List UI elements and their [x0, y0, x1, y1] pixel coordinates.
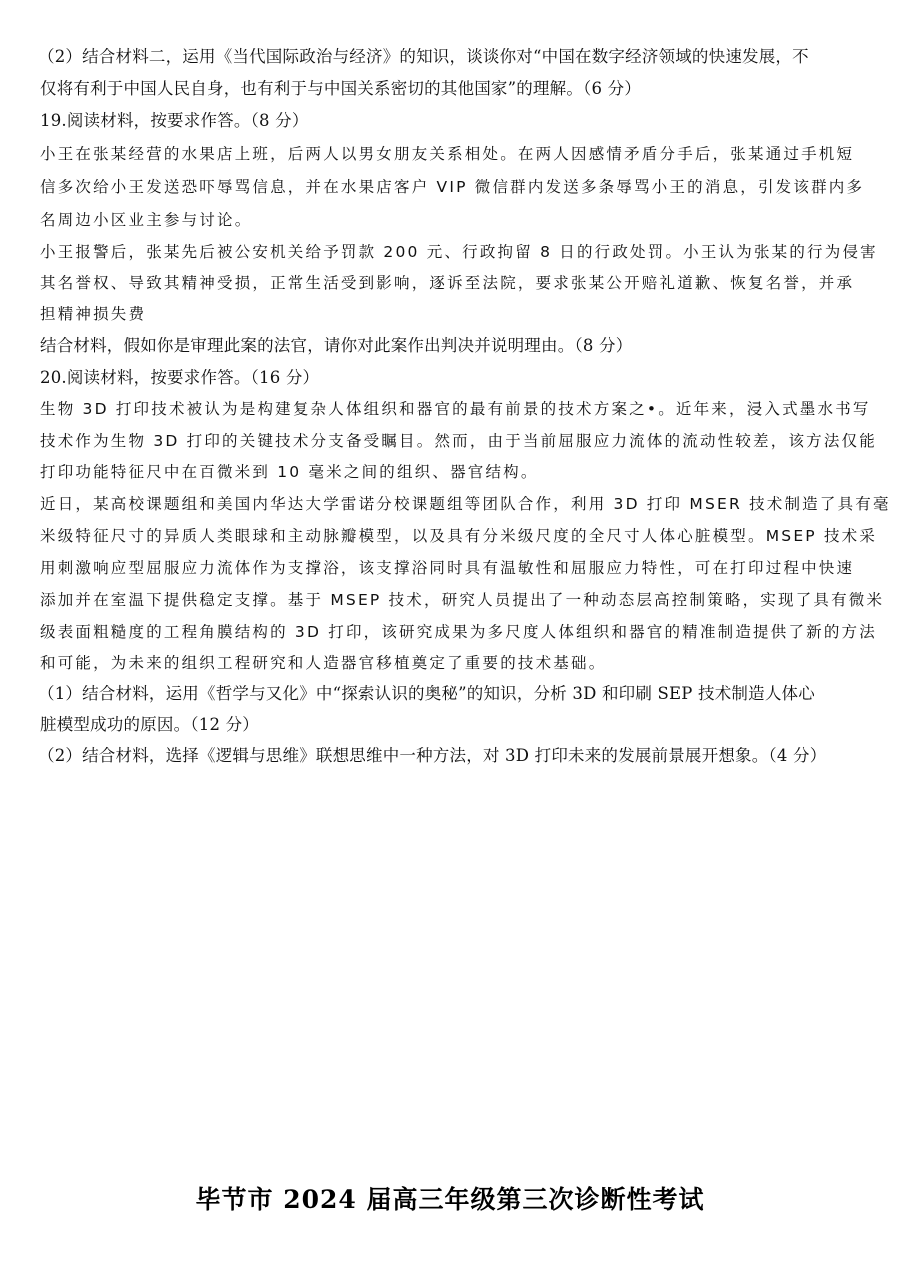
q20-part2-line1: （2）结合材料，选择《逻辑与思维》联想思维中一种方法，对 3D 打印未来的发展前…	[38, 745, 826, 767]
q19-material-p2-line1: 小王报警后，张某先后被公安机关给予罚款 200 元、行政拘留 8 日的行政处罚。…	[40, 241, 878, 263]
q19-heading: 19.阅读材料，按要求作答。（8 分）	[40, 110, 309, 132]
q20-material-p2-line5: 级表面粗糙度的工程角膜结构的 3D 打印，该研究成果为多尺度人体组织和器官的精准…	[40, 621, 877, 643]
q18-part2-line2: 仅将有利于中国人民自身，也有利于与中国关系密切的其他国家”的理解。（6 分）	[40, 78, 641, 100]
q20-material-p2-line6: 和可能，为未来的组织工程研究和人造器官移植奠定了重要的技术基础。	[40, 652, 606, 674]
q20-heading: 20.阅读材料，按要求作答。（16 分）	[40, 367, 319, 389]
q19-material-p2-line2: 其名誉权、导致其精神受损，正常生活受到影响，逐诉至法院，要求张某公开赔礼道歉、恢…	[40, 272, 854, 294]
q20-material-p2-line4: 添加并在室温下提供稳定支撑。基于 MSEP 技术，研究人员提出了一种动态层高控制…	[40, 589, 884, 611]
q20-material-p1-line3: 打印功能特征尺中在百微米到 10 毫米之间的组织、器官结构。	[40, 461, 539, 483]
q20-material-p1-line2: 技术作为生物 3D 打印的关键技术分支备受瞩目。然而，由于当前屈服应力流体的流动…	[40, 430, 877, 452]
q20-part1-line1: （1）结合材料，运用《哲学与又化》中“探索认识的奥秘”的知识，分析 3D 和印刷…	[38, 683, 815, 705]
q20-material-p2-line3: 用刺激响应型屈服应力流体作为支撑浴，该支撑浴同时具有温敏性和屈服应力特性，可在打…	[40, 557, 854, 579]
q20-part1-line2: 脏模型成功的原因。（12 分）	[40, 714, 259, 736]
exam-title: 毕节市 2024 届高三年级第三次诊断性考试	[0, 1180, 900, 1216]
q20-material-p2-line1: 近日，某高校课题组和美国内华达大学雷诺分校课题组等团队合作，利用 3D 打印 M…	[40, 493, 891, 515]
q19-prompt: 结合材料，假如你是审理此案的法官，请你对此案作出判决并说明理由。（8 分）	[40, 335, 632, 357]
q19-material-p2-line3: 担精神损失费	[40, 303, 146, 325]
q20-material-p2-line2: 米级特征尺寸的异质人类眼球和主动脉瓣模型，以及具有分米级尺度的全尺寸人体心脏模型…	[40, 525, 877, 547]
q18-part2-line1: （2）结合材料二，运用《当代国际政治与经济》的知识，谈谈你对“中国在数字经济领域…	[38, 46, 809, 68]
q19-material-p1-line3: 名周边小区业主参与讨论。	[40, 209, 252, 231]
exam-page: （2）结合材料二，运用《当代国际政治与经济》的知识，谈谈你对“中国在数字经济领域…	[0, 0, 900, 1282]
q19-material-p1-line1: 小王在张某经营的水果店上班，后两人以男女朋友关系相处。在两人因感情矛盾分手后，张…	[40, 143, 854, 165]
q19-material-p1-line2: 信多次给小王发送恐吓辱骂信息，并在水果店客户 VIP 微信群内发送多条辱骂小王的…	[40, 176, 864, 198]
q20-material-p1-line1: 生物 3D 打印技术被认为是构建复杂人体组织和器官的最有前景的技术方案之•。近年…	[40, 398, 871, 420]
